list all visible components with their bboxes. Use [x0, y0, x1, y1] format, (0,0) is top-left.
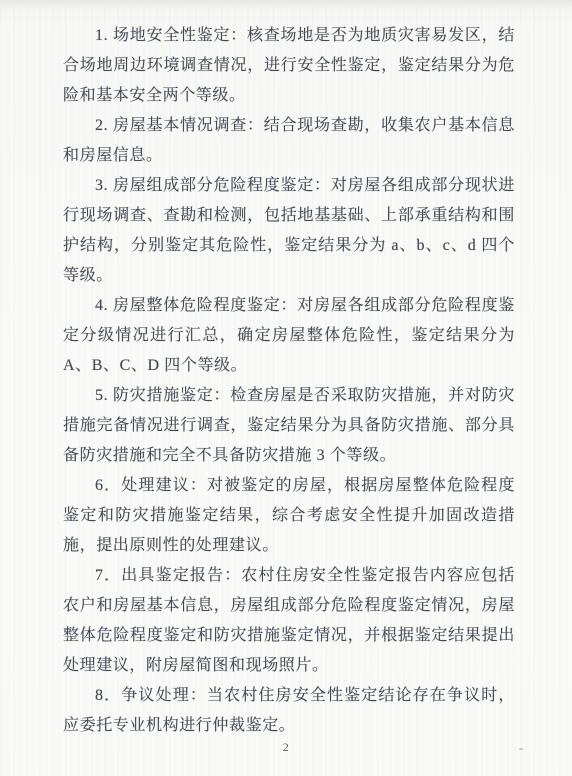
paragraph-1-site-safety-appraisal: 1. 场地安全性鉴定：核查场地是否为地质灾害易发区，结合场地周边环境调查情况，进…: [63, 21, 515, 111]
page-number: 2: [283, 740, 290, 755]
paragraph-4-overall-danger-appraisal: 4. 房屋整体危险程度鉴定：对房屋各组成部分危险程度鉴定分级情况进行汇总，确定房…: [63, 291, 515, 381]
scan-artifact-speck: [519, 748, 523, 750]
paragraph-3-component-danger-appraisal: 3. 房屋组成部分危险程度鉴定：对房屋各组成部分现状进行现场调查、查勘和检测，包…: [63, 171, 515, 291]
page-footer: 2: [0, 738, 572, 756]
scan-edge-shadow: [0, 0, 572, 9]
document-text-block: 1. 场地安全性鉴定：核查场地是否为地质灾害易发区，结合场地周边环境调查情况，进…: [63, 21, 515, 741]
paragraph-2-house-basic-survey: 2. 房屋基本情况调查：结合现场查勘，收集农户基本信息和房屋信息。: [63, 111, 515, 171]
scanned-document-page: 1. 场地安全性鉴定：核查场地是否为地质灾害易发区，结合场地周边环境调查情况，进…: [0, 0, 572, 776]
paragraph-8-dispute-handling: 8．争议处理：当农村住房安全性鉴定结论存在争议时，应委托专业机构进行仲裁鉴定。: [63, 681, 515, 741]
paragraph-5-disaster-prevention-appraisal: 5. 防灾措施鉴定：检查房屋是否采取防灾措施，并对防灾措施完备情况进行调查，鉴定…: [63, 381, 515, 471]
paragraph-7-appraisal-report: 7．出具鉴定报告：农村住房安全性鉴定报告内容应包括农户和房屋基本信息，房屋组成部…: [63, 561, 515, 681]
paragraph-6-handling-suggestions: 6．处理建议：对被鉴定的房屋，根据房屋整体危险程度鉴定和防灾措施鉴定结果，综合考…: [63, 471, 515, 561]
